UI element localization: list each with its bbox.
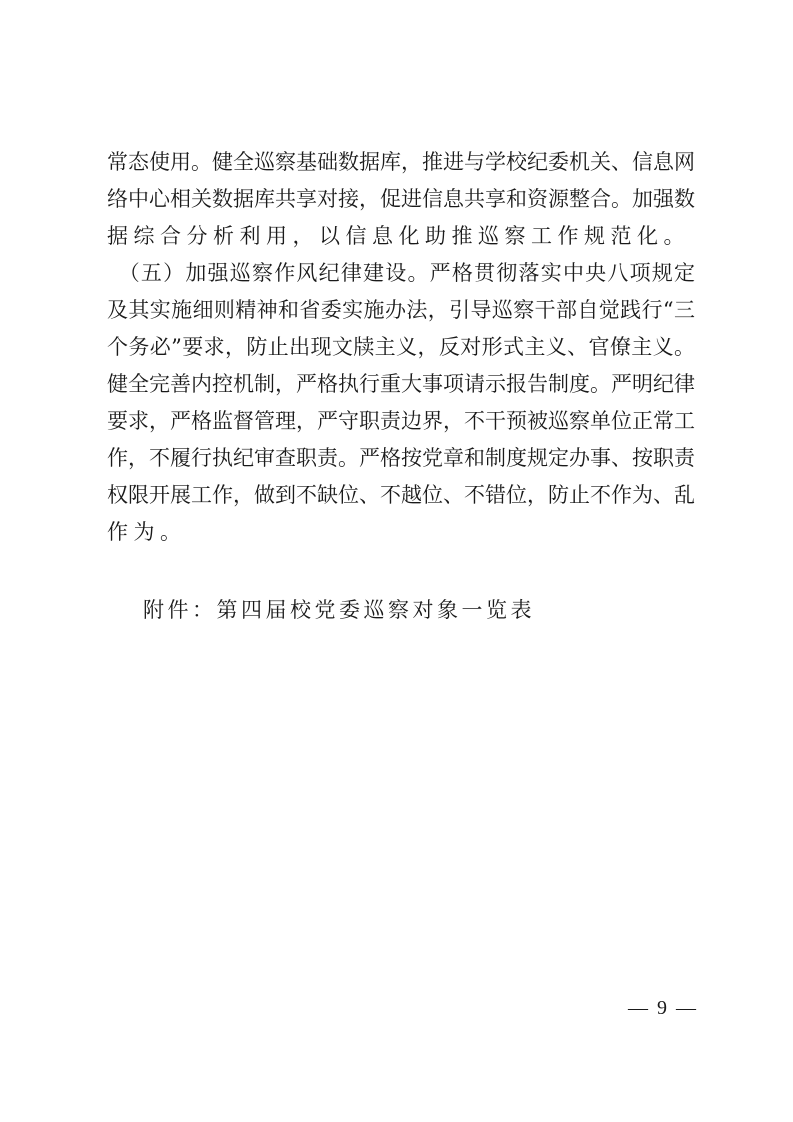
text-line: 络中心相关数据库共享对接，促进信息共享和资源整合。加强数	[107, 181, 695, 218]
text-line: 作，不履行执纪审查职责。严格按党章和制度规定办事、按职责	[107, 440, 695, 477]
page-number: — 9 —	[628, 994, 698, 1022]
text-line: 常态使用。健全巡察基础数据库，推进与学校纪委机关、信息网	[107, 144, 695, 181]
text-line: 及其实施细则精神和省委实施办法，引导巡察干部自觉践行“三	[107, 292, 695, 329]
text-line: 作为。	[107, 514, 695, 551]
text-line: 权限开展工作，做到不缺位、不越位、不错位，防止不作为、乱	[107, 477, 695, 514]
attachment-note: 附件：第四届校党委巡察对象一览表	[143, 592, 535, 629]
section-heading-line: （五）加强巡察作风纪律建设。严格贯彻落实中央八项规定	[107, 255, 695, 292]
document-page: 常态使用。健全巡察基础数据库，推进与学校纪委机关、信息网 络中心相关数据库共享对…	[0, 0, 793, 1122]
text-line: 健全完善内控机制，严格执行重大事项请示报告制度。严明纪律	[107, 366, 695, 403]
text-line: 据综合分析利用，以信息化助推巡察工作规范化。	[107, 218, 695, 255]
body-text: 常态使用。健全巡察基础数据库，推进与学校纪委机关、信息网 络中心相关数据库共享对…	[107, 144, 695, 551]
text-line: 要求，严格监督管理，严守职责边界，不干预被巡察单位正常工	[107, 403, 695, 440]
text-line: 个务必”要求，防止出现文牍主义，反对形式主义、官僚主义。	[107, 329, 695, 366]
